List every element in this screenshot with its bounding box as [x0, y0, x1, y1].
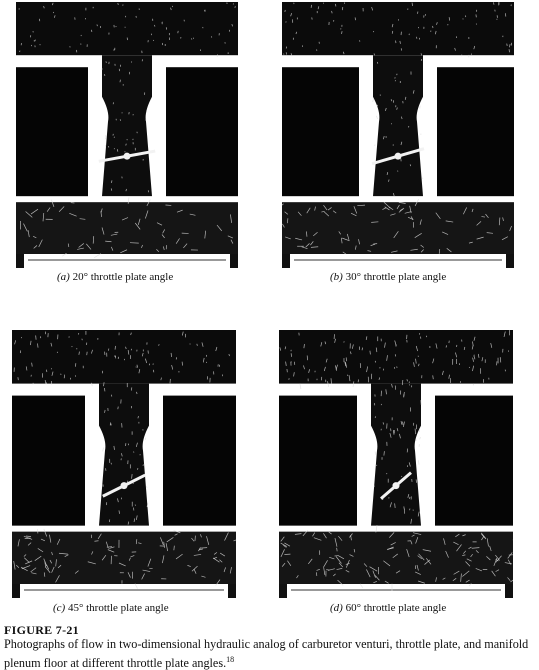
subcaption-letter: (a) — [57, 271, 70, 283]
subcaption-text: 45° throttle plate angle — [68, 602, 169, 614]
panel-a-photo — [16, 2, 238, 268]
flow-photo-c — [12, 330, 236, 598]
subcaption-text: 20° throttle plate angle — [73, 271, 174, 283]
panel-d-photo — [279, 330, 513, 598]
flow-photo-d — [279, 330, 513, 598]
figure-caption: Photographs of flow in two-dimensional h… — [4, 637, 534, 670]
subcaption-text: 60° throttle plate angle — [346, 602, 447, 614]
panel-b-photo — [282, 2, 514, 268]
subcaption-letter: (b) — [330, 271, 343, 283]
flow-photo-b — [282, 2, 514, 268]
subcaption-b: (b) 30° throttle plate angle — [330, 271, 446, 283]
subcaption-d: (d) 60° throttle plate angle — [330, 602, 446, 614]
subcaption-c: (c) 45° throttle plate angle — [53, 602, 169, 614]
subcaption-text: 30° throttle plate angle — [346, 271, 447, 283]
subcaption-letter: (c) — [53, 602, 65, 614]
caption-text: Photographs of flow in two-dimensional h… — [4, 637, 528, 670]
flow-photo-a — [16, 2, 238, 268]
subcaption-letter: (d) — [330, 602, 343, 614]
reference-superscript: 18 — [226, 655, 234, 664]
figure-label: FIGURE 7-21 — [4, 623, 79, 638]
subcaption-a: (a) 20° throttle plate angle — [57, 271, 173, 283]
panel-c-photo — [12, 330, 236, 598]
